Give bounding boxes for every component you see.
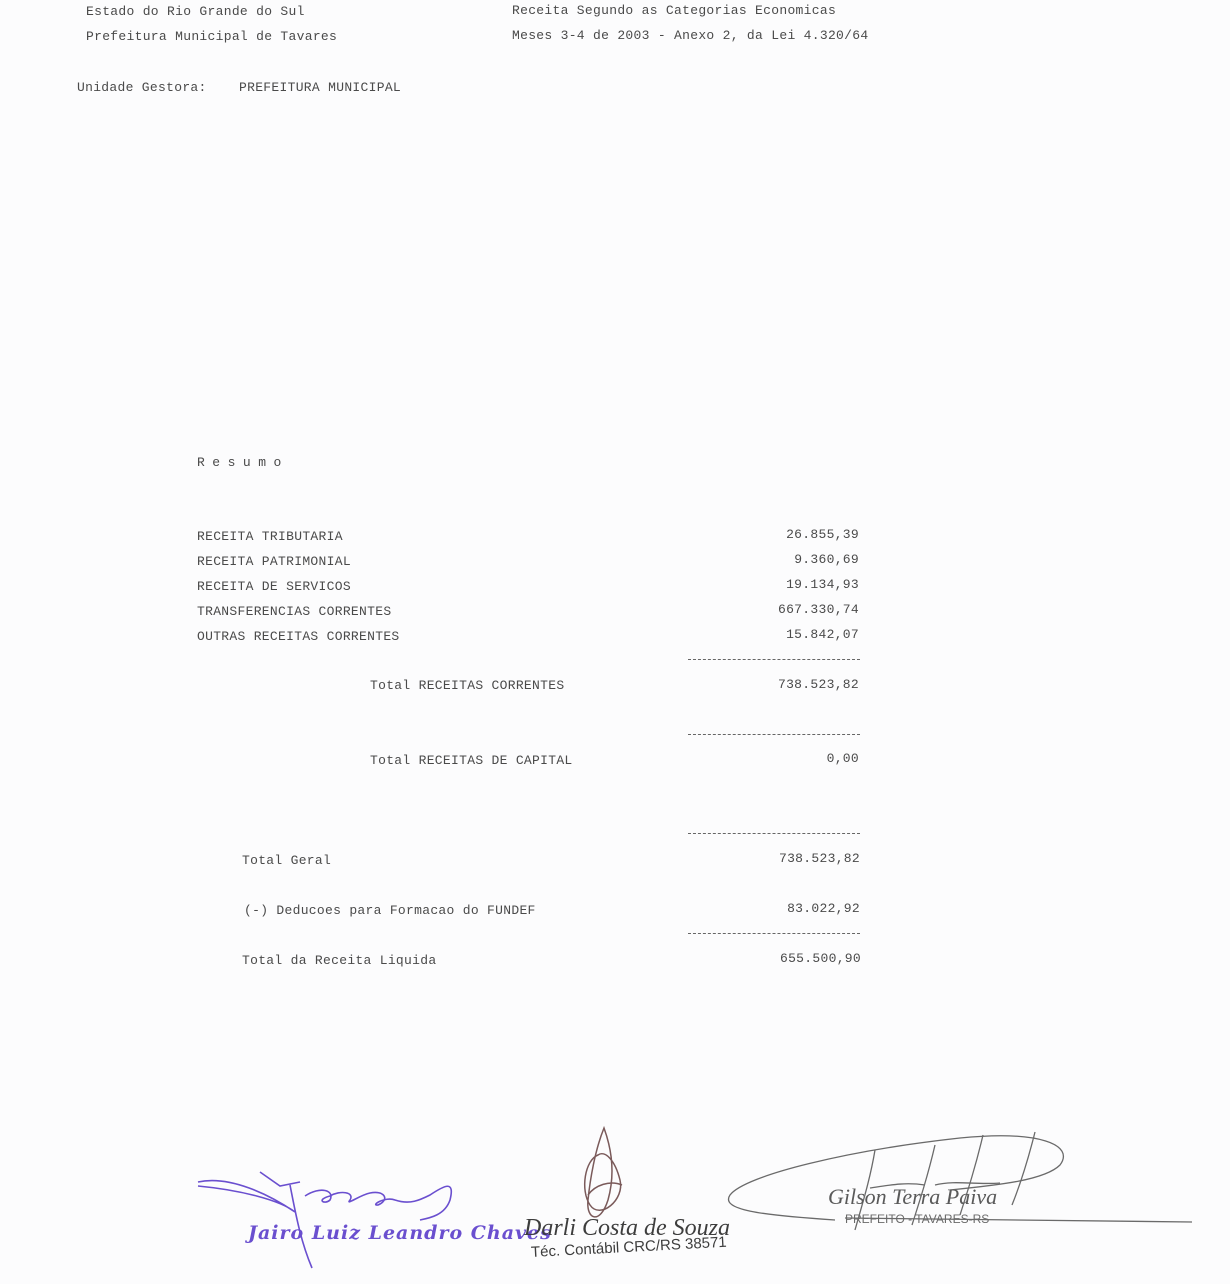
signature-3-title: PREFEITO - TAVARES-RS bbox=[845, 1212, 989, 1226]
signature-1-name: Jairo Luiz Leandro Chaves bbox=[248, 1222, 552, 1244]
signature-3-name: Gilson Terra Paiva bbox=[828, 1184, 997, 1210]
signature-1-flourish bbox=[198, 1172, 451, 1268]
signature-strokes bbox=[0, 0, 1230, 1284]
signature-2-loops bbox=[585, 1128, 622, 1217]
